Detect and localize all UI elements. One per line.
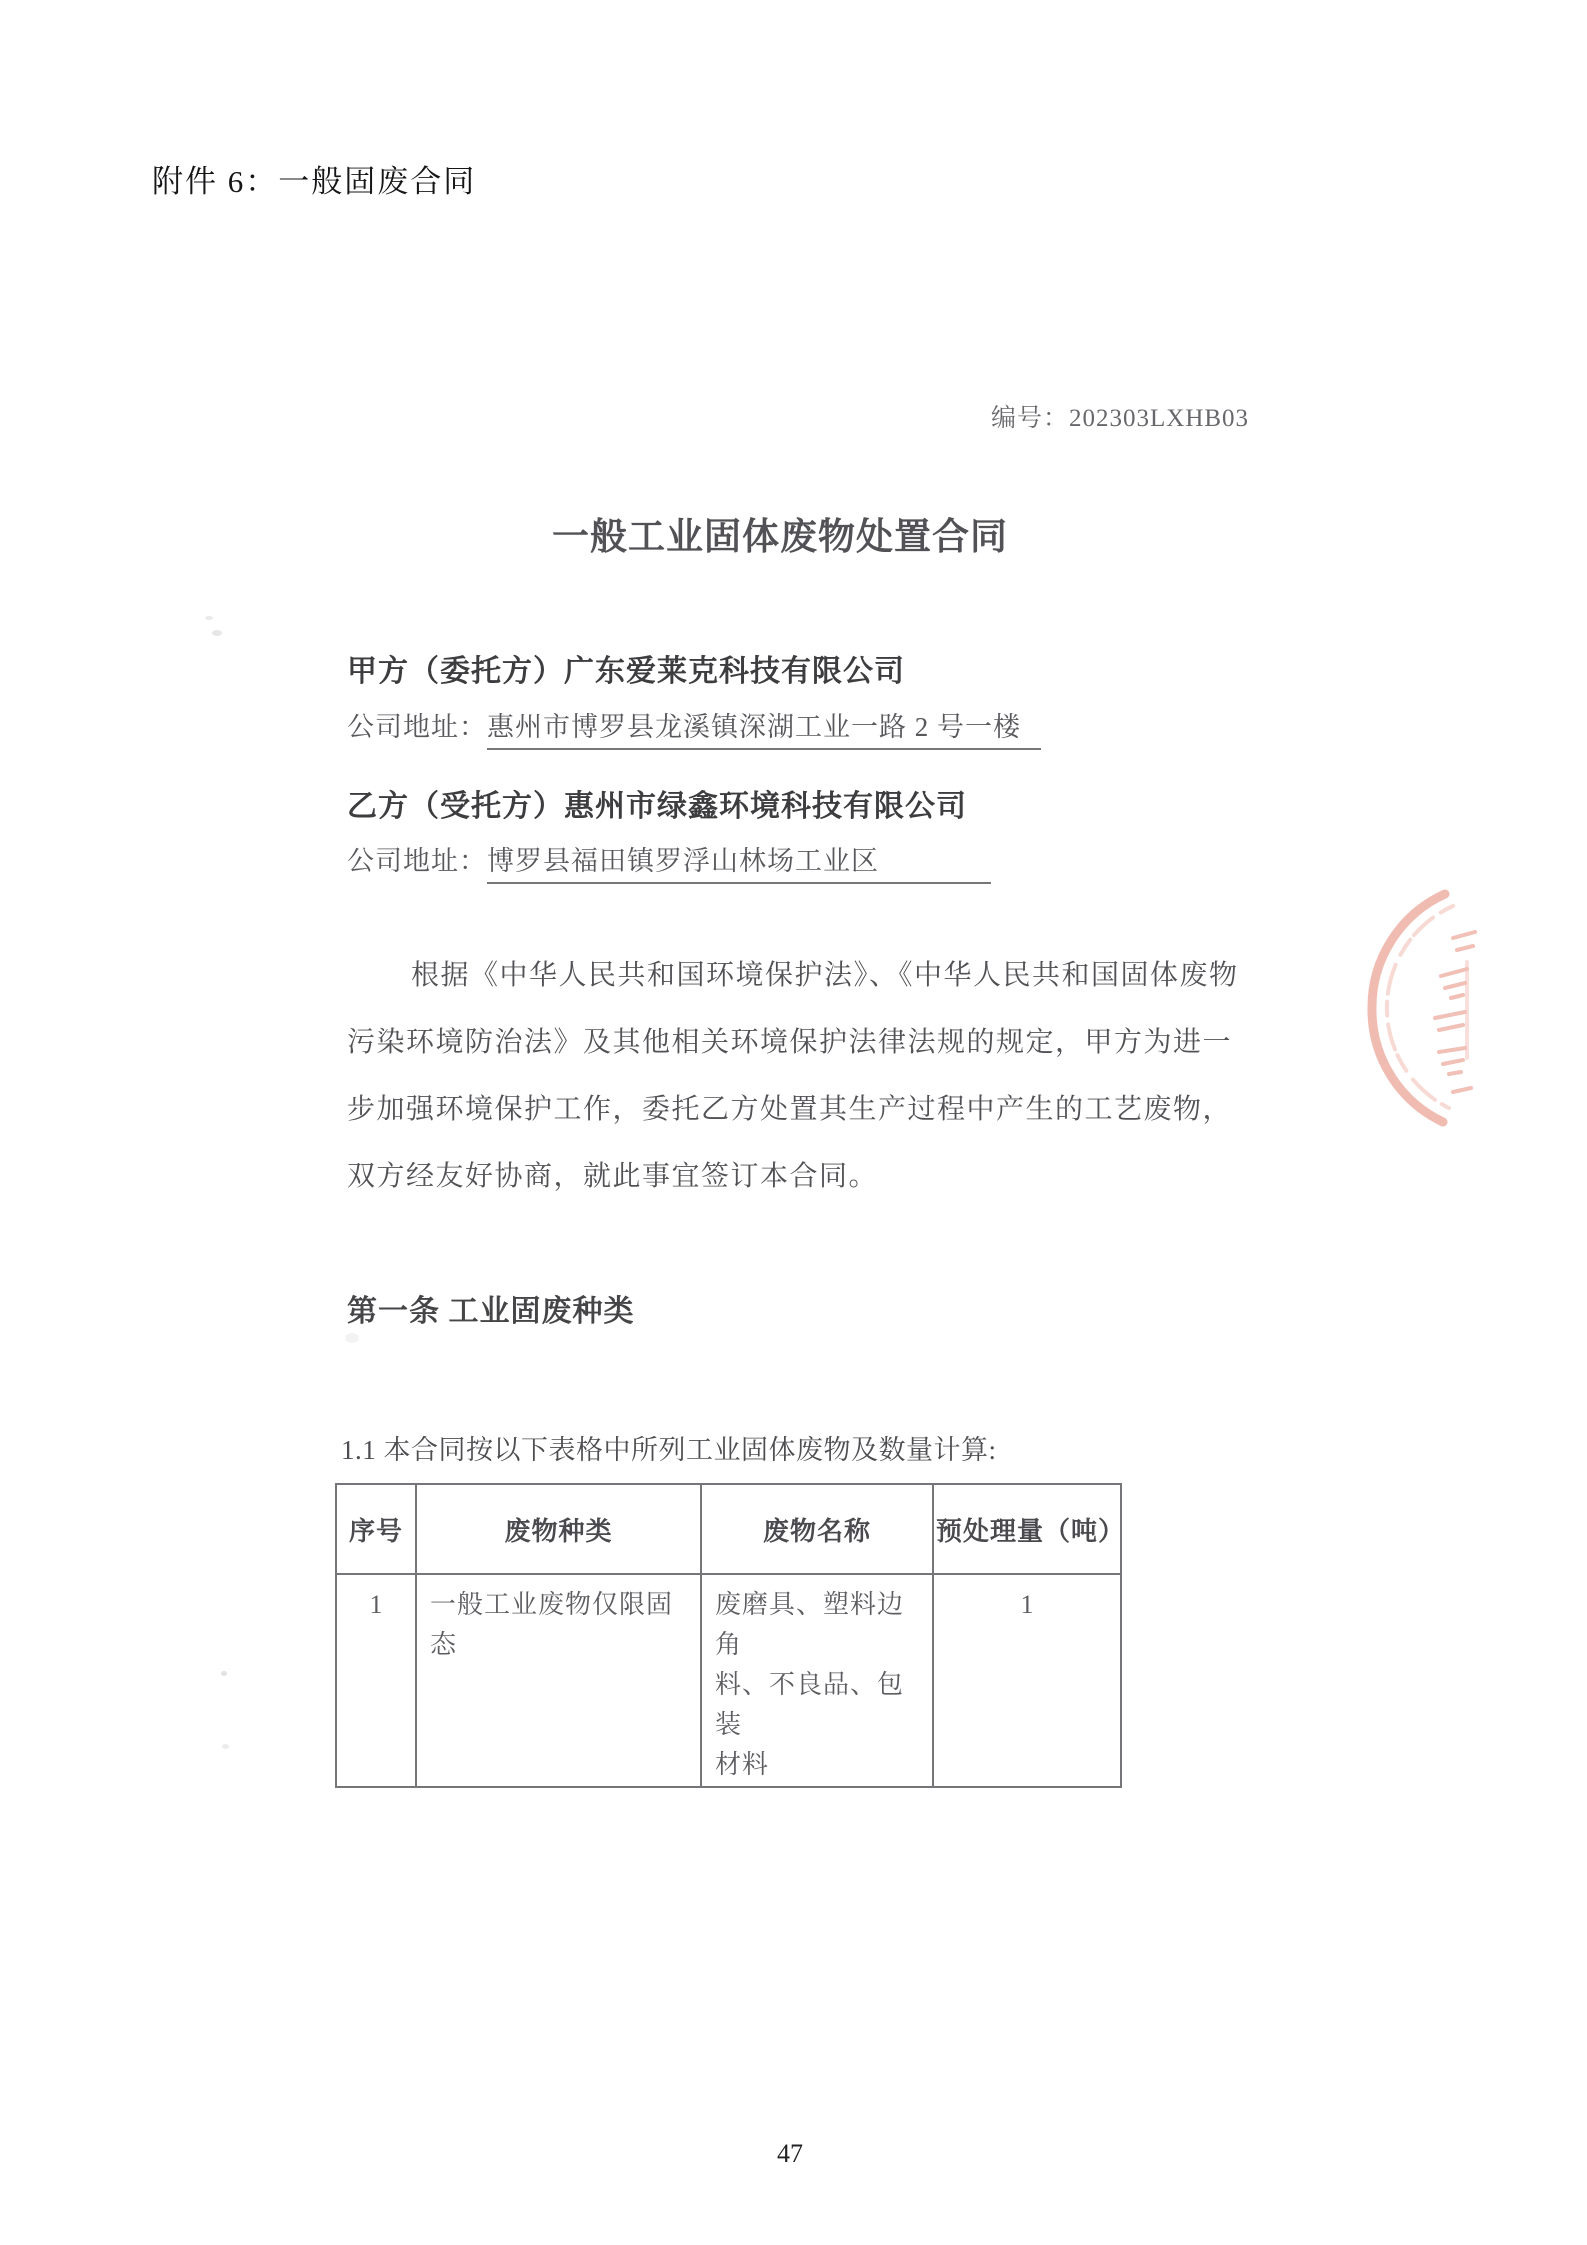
cell-pretreat-qty: 1 <box>933 1574 1121 1787</box>
attachment-heading: 附件 6：一般固废合同 <box>152 156 476 201</box>
scan-speck <box>222 1744 229 1749</box>
cell-waste-type: 一般工业废物仅限固 态 <box>416 1574 701 1787</box>
seal-glyph-smudges <box>1435 932 1475 1092</box>
seal-arc <box>1372 894 1445 1122</box>
party-b-address-label: 公司地址： <box>347 846 487 876</box>
document-page: 附件 6：一般固废合同 编号：202303LXHB03 一般工业固体废物处置合同… <box>0 0 1587 2245</box>
party-a-address-value: 惠州市博罗县龙溪镇深湖工业一路 2 号一楼 <box>487 705 1041 750</box>
preamble-line: 根据《中华人民共和国环境保护法》、《中华人民共和国固体废物 <box>347 952 1277 1019</box>
waste-table: 序号 废物种类 废物名称 预处理量（吨） 1 一般工业废物仅限固 态 废磨具、塑… <box>335 1483 1122 1788</box>
party-a-address-label: 公司地址： <box>347 712 487 742</box>
preamble-paragraph: 根据《中华人民共和国环境保护法》、《中华人民共和国固体废物 污染环境防治法》及其… <box>347 952 1277 1220</box>
contract-title: 一般工业固体废物处置合同 <box>552 506 1008 560</box>
header-serial-no: 序号 <box>336 1484 416 1574</box>
clause-1-1: 1.1 本合同按以下表格中所列工业固体废物及数量计算: <box>341 1428 997 1467</box>
party-b-name-line: 乙方（受托方）惠州市绿鑫环境科技有限公司 <box>347 781 967 825</box>
page-number: 47 <box>777 2139 803 2169</box>
cell-serial-no: 1 <box>336 1574 416 1787</box>
preamble-line: 步加强环境保护工作，委托乙方处置其生产过程中产生的工艺废物， <box>347 1086 1277 1153</box>
party-b-address-value: 博罗县福田镇罗浮山林场工业区 <box>487 839 991 884</box>
header-pretreat-qty: 预处理量（吨） <box>933 1484 1121 1574</box>
cell-waste-name: 废磨具、塑料边角 料、不良品、包装 材料 <box>701 1574 933 1787</box>
red-seal-stamp <box>1357 876 1587 1142</box>
party-a-address-line: 公司地址：惠州市博罗县龙溪镇深湖工业一路 2 号一楼 <box>347 705 1041 750</box>
section-1-heading: 第一条 工业固废种类 <box>347 1286 635 1330</box>
scan-speck <box>221 1671 227 1676</box>
header-waste-type: 废物种类 <box>416 1484 701 1574</box>
scan-speck <box>345 1333 359 1343</box>
scan-speck <box>205 616 213 620</box>
scan-speck <box>212 630 222 636</box>
waste-table-row: 1 一般工业废物仅限固 态 废磨具、塑料边角 料、不良品、包装 材料 1 <box>336 1574 1121 1787</box>
preamble-line: 双方经友好协商，就此事宜签订本合同。 <box>347 1153 1277 1220</box>
preamble-line: 污染环境防治法》及其他相关环境保护法律法规的规定，甲方为进一 <box>347 1019 1277 1086</box>
header-waste-name: 废物名称 <box>701 1484 933 1574</box>
contract-number: 编号：202303LXHB03 <box>991 398 1249 434</box>
waste-table-header-row: 序号 废物种类 废物名称 预处理量（吨） <box>336 1484 1121 1574</box>
party-a-name-line: 甲方（委托方）广东爱莱克科技有限公司 <box>347 646 905 690</box>
party-b-address-line: 公司地址：博罗县福田镇罗浮山林场工业区 <box>347 839 991 884</box>
